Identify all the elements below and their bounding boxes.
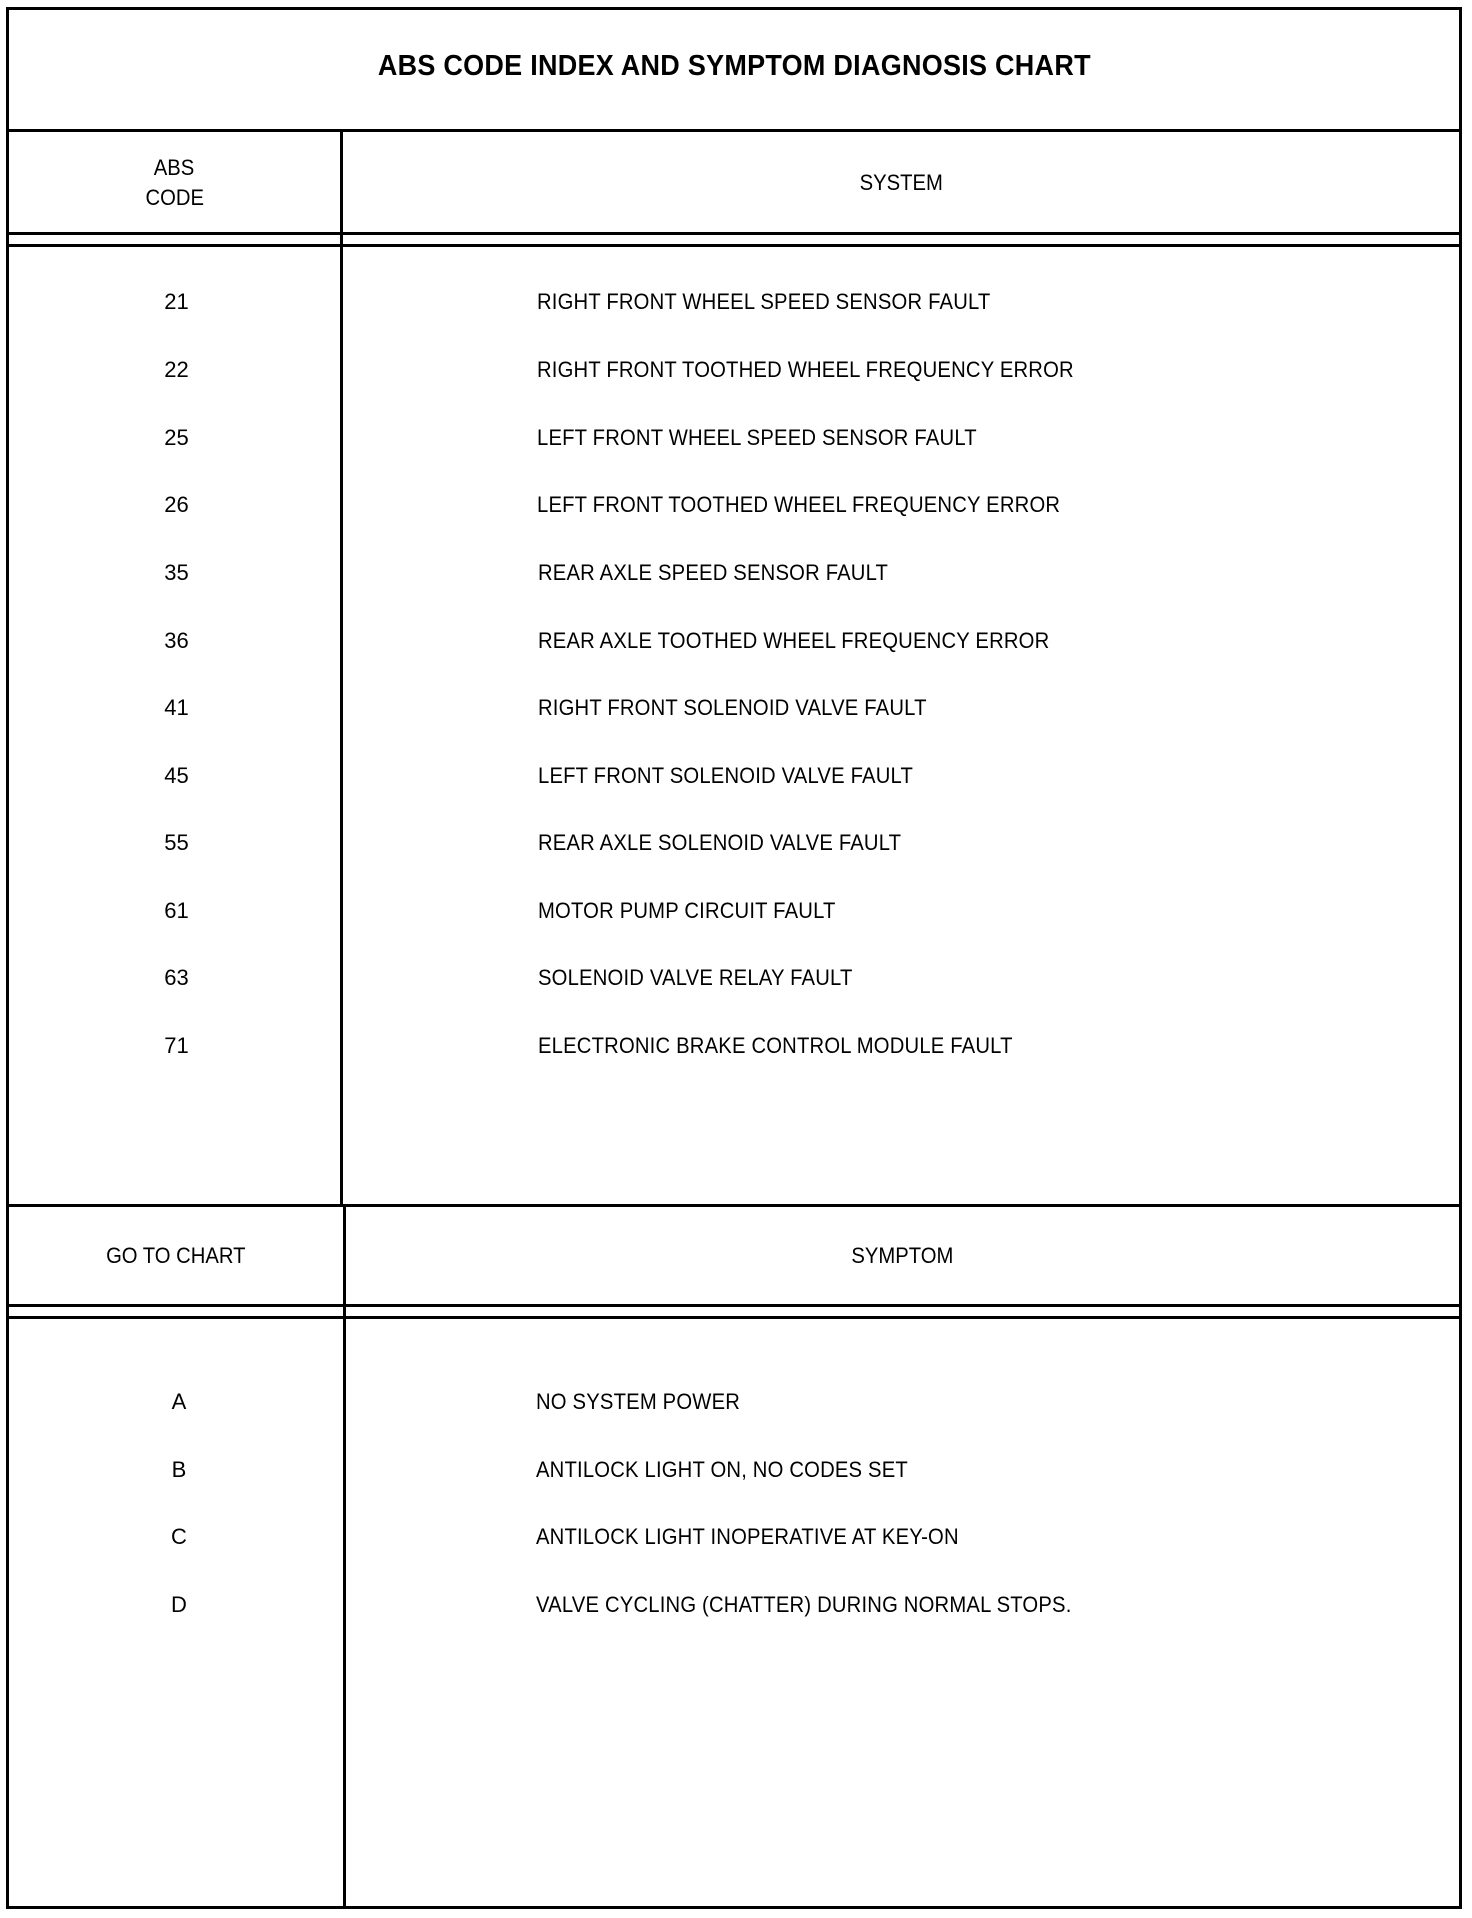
code-cell: 61 bbox=[9, 896, 344, 926]
header-symptom-label: SYMPTOM bbox=[852, 1241, 954, 1271]
code-cell: 25 bbox=[9, 423, 344, 453]
system-cell: REAR AXLE TOOTHED WHEEL FREQUENCY ERROR bbox=[538, 626, 1094, 656]
code-cell: 21 bbox=[9, 287, 344, 317]
code-cell: 26 bbox=[9, 490, 344, 520]
code-cell: 35 bbox=[9, 558, 344, 588]
chart-cell: D bbox=[9, 1590, 349, 1620]
code-cell: 36 bbox=[9, 626, 344, 656]
chart-cell: B bbox=[9, 1455, 349, 1485]
system-cell: LEFT FRONT TOOTHED WHEEL FREQUENCY ERROR bbox=[537, 490, 1106, 520]
system-cell: ELECTRONIC BRAKE CONTROL MODULE FAULT bbox=[538, 1031, 1054, 1061]
column-divider-lower bbox=[343, 1207, 346, 1909]
header-abs-code-line2: CODE bbox=[145, 183, 203, 213]
symptom-cell: ANTILOCK LIGHT INOPERATIVE AT KEY-ON bbox=[536, 1522, 996, 1552]
system-cell: RIGHT FRONT TOOTHED WHEEL FREQUENCY ERRO… bbox=[537, 355, 1121, 385]
symptom-cell: NO SYSTEM POWER bbox=[536, 1387, 758, 1417]
system-cell: REAR AXLE SOLENOID VALVE FAULT bbox=[538, 828, 933, 858]
system-cell: MOTOR PUMP CIRCUIT FAULT bbox=[538, 896, 861, 926]
code-cell: 63 bbox=[9, 963, 344, 993]
system-cell: REAR AXLE SPEED SENSOR FAULT bbox=[538, 558, 919, 588]
symptom-header-divider-bottom bbox=[9, 1316, 1459, 1319]
system-cell: LEFT FRONT WHEEL SPEED SENSOR FAULT bbox=[537, 423, 1015, 453]
header-divider-top bbox=[9, 232, 1459, 235]
header-divider-bottom bbox=[9, 244, 1459, 247]
code-cell: 71 bbox=[9, 1031, 344, 1061]
header-go-to-chart-label: GO TO CHART bbox=[106, 1241, 245, 1271]
header-abs-code: ABS CODE bbox=[9, 132, 340, 233]
header-system-label: SYSTEM bbox=[859, 168, 942, 198]
code-cell: 45 bbox=[9, 761, 344, 791]
code-cell: 55 bbox=[9, 828, 344, 858]
symptom-cell: VALVE CYCLING (CHATTER) DURING NORMAL ST… bbox=[536, 1590, 1118, 1620]
system-cell: LEFT FRONT SOLENOID VALVE FAULT bbox=[538, 761, 946, 791]
header-abs-code-line1: ABS bbox=[154, 153, 195, 183]
page-title: ABS CODE INDEX AND SYMPTOM DIAGNOSIS CHA… bbox=[378, 50, 1091, 83]
title-band: ABS CODE INDEX AND SYMPTOM DIAGNOSIS CHA… bbox=[9, 10, 1459, 132]
chart-cell: C bbox=[9, 1522, 349, 1552]
code-cell: 41 bbox=[9, 693, 344, 723]
diagnosis-chart-table: ABS CODE INDEX AND SYMPTOM DIAGNOSIS CHA… bbox=[6, 7, 1462, 1909]
code-cell: 22 bbox=[9, 355, 344, 385]
symptom-header-divider-top bbox=[9, 1304, 1459, 1307]
system-cell: RIGHT FRONT SOLENOID VALVE FAULT bbox=[538, 693, 960, 723]
symptom-cell: ANTILOCK LIGHT ON, NO CODES SET bbox=[536, 1455, 940, 1485]
header-symptom: SYMPTOM bbox=[346, 1207, 1459, 1305]
system-cell: RIGHT FRONT WHEEL SPEED SENSOR FAULT bbox=[537, 287, 1030, 317]
system-cell: SOLENOID VALVE RELAY FAULT bbox=[538, 963, 880, 993]
header-system: SYSTEM bbox=[343, 132, 1459, 233]
chart-cell: A bbox=[9, 1387, 349, 1417]
header-go-to-chart: GO TO CHART bbox=[9, 1207, 343, 1305]
